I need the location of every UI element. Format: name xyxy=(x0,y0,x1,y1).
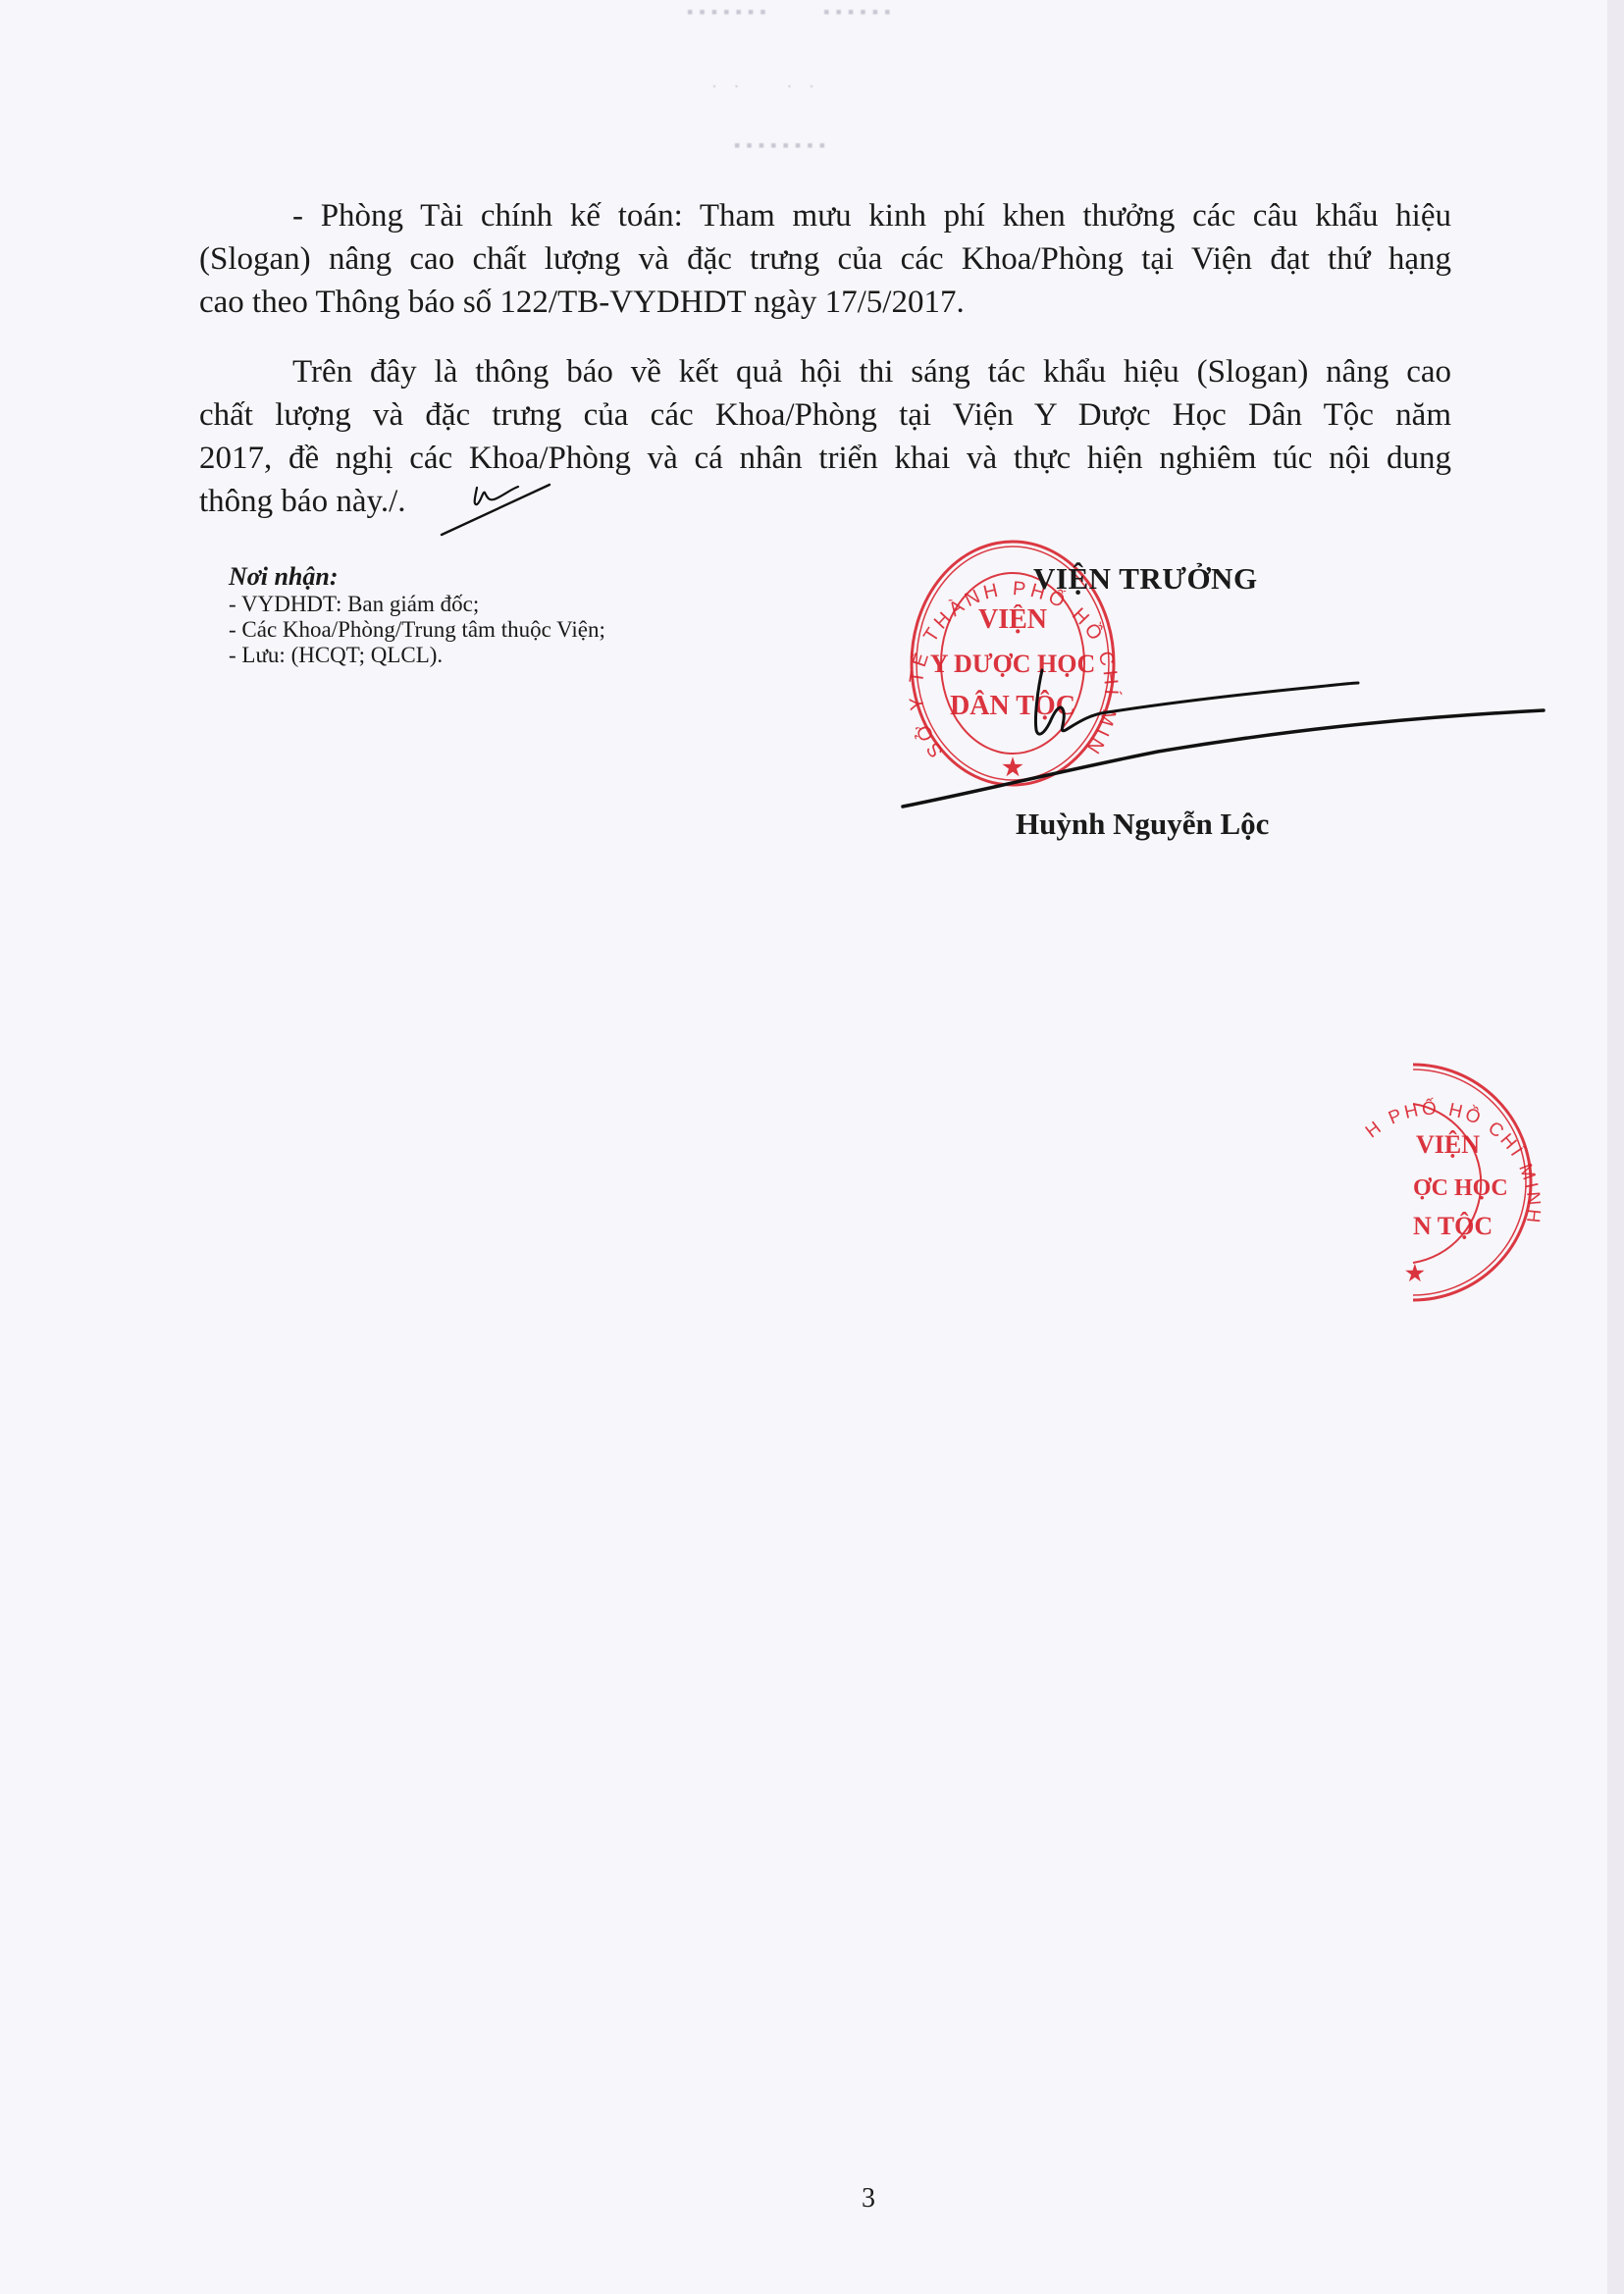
recipient-item: - Lưu: (HCQT; QLCL). xyxy=(229,643,605,668)
text-line: Trên đây là thông báo về kết quả hội thi… xyxy=(199,350,1451,393)
text-line: 2017, đề nghị các Khoa/Phòng và cá nhân … xyxy=(199,437,1451,480)
recipients-block: Nơi nhận: - VYDHDT: Ban giám đốc; - Các … xyxy=(229,562,605,668)
text-line: (Slogan) nâng cao chất lượng và đặc trưn… xyxy=(199,237,1451,281)
signatory-name: Huỳnh Nguyễn Lộc xyxy=(1016,807,1269,842)
page-number: 3 xyxy=(862,2183,875,2215)
scan-edge xyxy=(1607,0,1624,2294)
text-line: chất lượng và đặc trưng của các Khoa/Phò… xyxy=(199,393,1451,437)
bleed-through-marks: ▪▪▪▪▪▪▪ ▪▪▪▪▪▪ xyxy=(687,2,896,23)
text-line: cao theo Thông báo số 122/TB-VYDHDT ngày… xyxy=(199,281,1451,324)
paragraph-finance-dept: - Phòng Tài chính kế toán: Tham mưu kinh… xyxy=(199,194,1451,324)
recipient-item: - Các Khoa/Phòng/Trung tâm thuộc Viện; xyxy=(229,617,605,643)
bleed-through-marks: ▪▪▪▪▪▪▪▪ xyxy=(734,135,831,156)
signatory-title: VIỆN TRƯỞNG xyxy=(1033,561,1258,597)
document-page xyxy=(0,0,1607,2294)
text-line: - Phòng Tài chính kế toán: Tham mưu kinh… xyxy=(199,194,1451,237)
bleed-through-marks: · · · · xyxy=(711,77,820,97)
recipients-heading: Nơi nhận: xyxy=(229,562,605,592)
recipient-item: - VYDHDT: Ban giám đốc; xyxy=(229,592,605,617)
text-line: thông báo này./. xyxy=(199,480,1451,523)
paragraph-conclusion: Trên đây là thông báo về kết quả hội thi… xyxy=(199,350,1451,523)
